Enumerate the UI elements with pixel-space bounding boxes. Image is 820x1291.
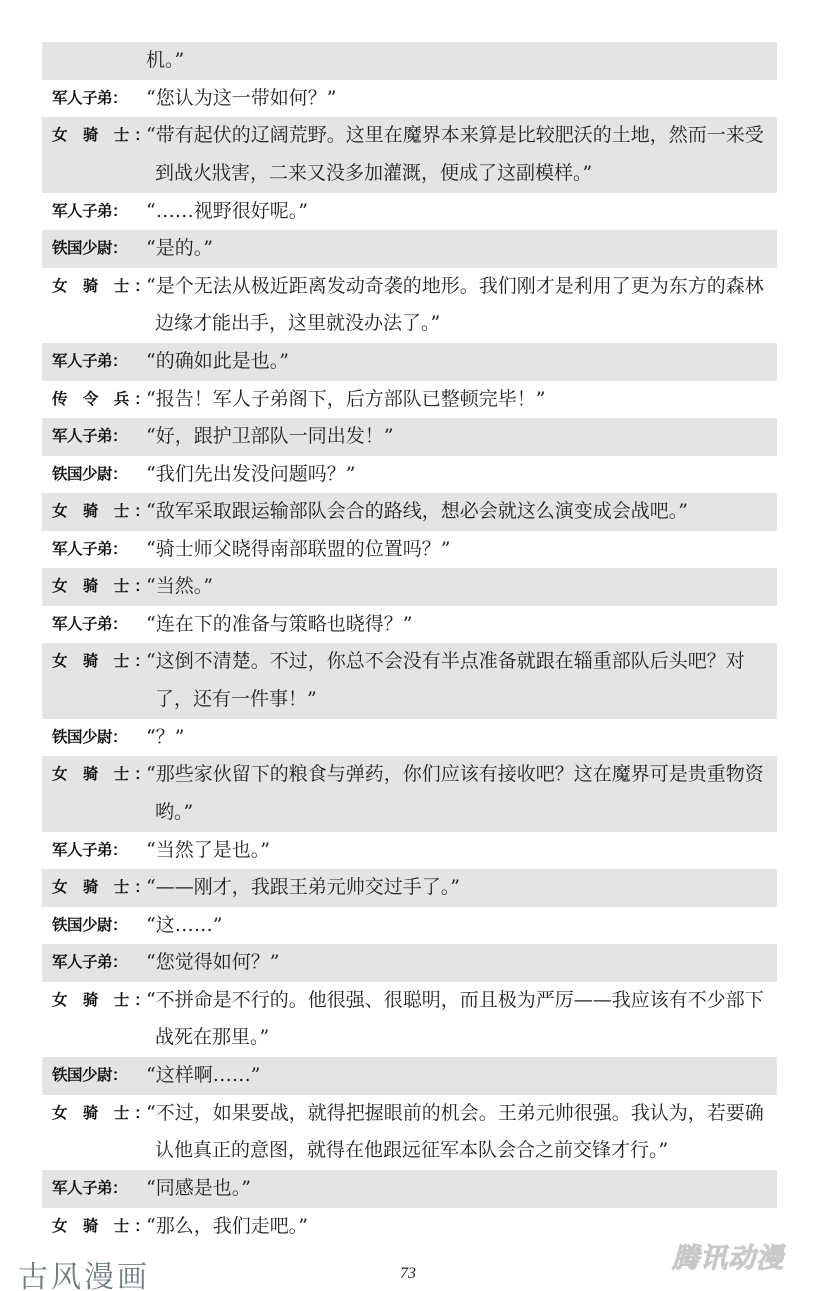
dialogue-text: “骑士师父晓得南部联盟的位置吗？”: [146, 531, 777, 569]
speaker-label: 军人子弟：: [42, 531, 146, 569]
speaker-label: 铁国少尉：: [42, 719, 146, 757]
dialogue-row: 军人子弟：“同感是也。”: [42, 1170, 777, 1208]
dialogue-row: 女 骑 士：“那么，我们走吧。”: [42, 1208, 777, 1246]
speaker-label: 传 令 兵：: [42, 381, 146, 419]
dialogue-text: “那些家伙留下的粮食与弹药，你们应该有接收吧？这在魔界可是贵重物资哟。”: [146, 756, 777, 831]
speaker-label: 女 骑 士：: [42, 268, 146, 306]
speaker-label: 女 骑 士：: [42, 982, 146, 1020]
dialogue-text: “……视野很好呢。”: [146, 193, 777, 231]
speaker-label: 女 骑 士：: [42, 869, 146, 907]
speaker-label: 军人子弟：: [42, 832, 146, 870]
dialogue-text: “？”: [146, 719, 777, 757]
dialogue-row: 女 骑 士：“不拼命是不行的。他很强、很聪明，而且极为严厉——我应该有不少部下战…: [42, 982, 777, 1058]
speaker-label: 铁国少尉：: [42, 907, 146, 945]
dialogue-row: 军人子弟：“您觉得如何？”: [42, 944, 777, 982]
speaker-label: 军人子弟：: [42, 193, 146, 231]
dialogue-text: “报告！军人子弟阁下，后方部队已整顿完毕！”: [146, 381, 777, 419]
dialogue-text: “您觉得如何？”: [146, 944, 777, 982]
dialogue-row: 铁国少尉：“？”: [42, 719, 777, 757]
speaker-label: 铁国少尉：: [42, 230, 146, 268]
dialogue-row: 女 骑 士：“当然。”: [42, 568, 777, 606]
dialogue-text: “不拼命是不行的。他很强、很聪明，而且极为严厉——我应该有不少部下战死在那里。”: [146, 982, 777, 1057]
speaker-label: 军人子弟：: [42, 80, 146, 118]
dialogue-text: “不过，如果要战，就得把握眼前的机会。王弟元帅很强。我认为，若要确认他真正的意图…: [146, 1095, 777, 1170]
speaker-label: 铁国少尉：: [42, 456, 146, 494]
dialogue-row: 女 骑 士：“带有起伏的辽阔荒野。这里在魔界本来算是比较肥沃的土地，然而一来受到…: [42, 117, 777, 193]
dialogue-row: 军人子弟：“骑士师父晓得南部联盟的位置吗？”: [42, 531, 777, 569]
dialogue-row: 铁国少尉：“我们先出发没问题吗？”: [42, 456, 777, 494]
dialogue-row: 女 骑 士：“敌军采取跟运输部队会合的路线，想必会就这么演变成会战吧。”: [42, 493, 777, 531]
dialogue-row: 女 骑 士：“那些家伙留下的粮食与弹药，你们应该有接收吧？这在魔界可是贵重物资哟…: [42, 756, 777, 832]
dialogue-row: 军人子弟：“您认为这一带如何？”: [42, 80, 777, 118]
dialogue-row: 军人子弟：“连在下的准备与策略也晓得？”: [42, 606, 777, 644]
dialogue-text: “我们先出发没问题吗？”: [146, 456, 777, 494]
speaker-label: 军人子弟：: [42, 418, 146, 456]
dialogue-row: 女 骑 士：“不过，如果要战，就得把握眼前的机会。王弟元帅很强。我认为，若要确认…: [42, 1095, 777, 1171]
page-number: 73: [400, 1265, 416, 1283]
speaker-label: 女 骑 士：: [42, 117, 146, 155]
speaker-label: 女 骑 士：: [42, 1095, 146, 1133]
dialogue-row: 军人子弟：“的确如此是也。”: [42, 343, 777, 381]
speaker-label: 军人子弟：: [42, 606, 146, 644]
speaker-label: 女 骑 士：: [42, 643, 146, 681]
speaker-label: 军人子弟：: [42, 944, 146, 982]
dialogue-row: 军人子弟：“……视野很好呢。”: [42, 193, 777, 231]
dialogue-row: 传 令 兵：“报告！军人子弟阁下，后方部队已整顿完毕！”: [42, 381, 777, 419]
dialogue-text: “这倒不清楚。不过，你总不会没有半点准备就跟在辎重部队后头吧？对了，还有一件事！…: [146, 643, 777, 718]
speaker-label: 铁国少尉：: [42, 1057, 146, 1095]
dialogue-row: 铁国少尉：“这……”: [42, 907, 777, 945]
dialogue-text: “这样啊……”: [146, 1057, 777, 1095]
dialogue-row: 铁国少尉：“是的。”: [42, 230, 777, 268]
watermark-right: 腾讯动漫: [672, 1236, 784, 1275]
dialogue-row: 军人子弟：“当然了是也。”: [42, 832, 777, 870]
dialogue-text: “是的。”: [146, 230, 777, 268]
dialogue-text: “同感是也。”: [146, 1170, 777, 1208]
dialogue-row: 女 骑 士：“是个无法从极近距离发动奇袭的地形。我们刚才是利用了更为东方的森林边…: [42, 268, 777, 344]
speaker-label: 军人子弟：: [42, 343, 146, 381]
speaker-label: 女 骑 士：: [42, 1208, 146, 1246]
speaker-label: 军人子弟：: [42, 1170, 146, 1208]
speaker-label: 女 骑 士：: [42, 493, 146, 531]
dialogue-text: “这……”: [146, 907, 777, 945]
dialogue-row: 铁国少尉：“这样啊……”: [42, 1057, 777, 1095]
dialogue-text: “连在下的准备与策略也晓得？”: [146, 606, 777, 644]
dialogue-text: “好，跟护卫部队一同出发！”: [146, 418, 777, 456]
dialogue-text: “是个无法从极近距离发动奇袭的地形。我们刚才是利用了更为东方的森林边缘才能出手，…: [146, 268, 777, 343]
dialogue-page: 机。”军人子弟：“您认为这一带如何？”女 骑 士：“带有起伏的辽阔荒野。这里在魔…: [42, 42, 777, 1245]
dialogue-row: 女 骑 士：“这倒不清楚。不过，你总不会没有半点准备就跟在辎重部队后头吧？对了，…: [42, 643, 777, 719]
dialogue-text: “的确如此是也。”: [146, 343, 777, 381]
dialogue-row: 机。”: [42, 42, 777, 80]
dialogue-text: “当然。”: [146, 568, 777, 606]
dialogue-row: 女 骑 士：“——刚才，我跟王弟元帅交过手了。”: [42, 869, 777, 907]
watermark-left: 古风漫画: [18, 1252, 150, 1291]
dialogue-row: 军人子弟：“好，跟护卫部队一同出发！”: [42, 418, 777, 456]
dialogue-text: 机。”: [146, 42, 777, 80]
dialogue-text: “——刚才，我跟王弟元帅交过手了。”: [146, 869, 777, 907]
dialogue-text: “您认为这一带如何？”: [146, 80, 777, 118]
dialogue-text: “当然了是也。”: [146, 832, 777, 870]
speaker-label: 女 骑 士：: [42, 568, 146, 606]
speaker-label: 女 骑 士：: [42, 756, 146, 794]
dialogue-text: “带有起伏的辽阔荒野。这里在魔界本来算是比较肥沃的土地，然而一来受到战火戕害，二…: [146, 117, 777, 192]
dialogue-text: “敌军采取跟运输部队会合的路线，想必会就这么演变成会战吧。”: [146, 493, 777, 531]
